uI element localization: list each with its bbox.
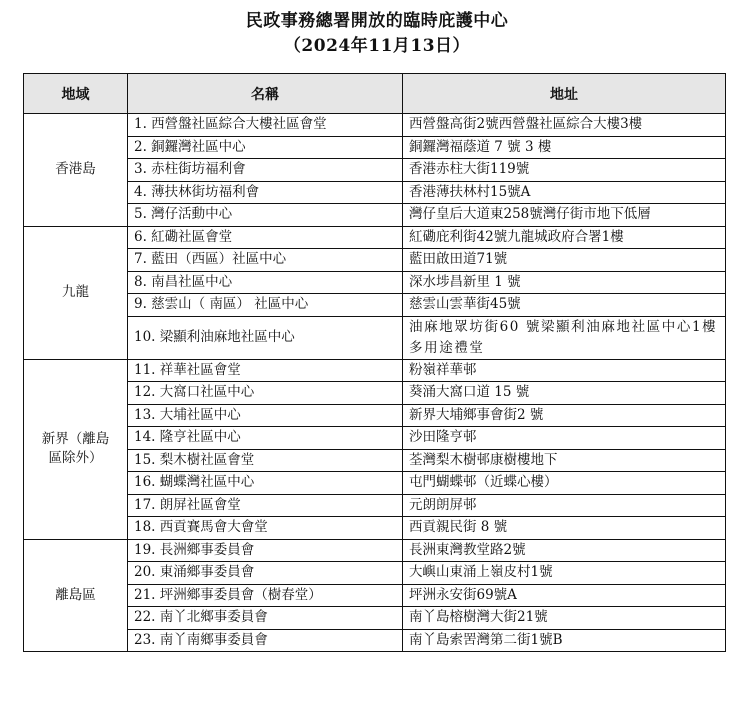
region-cell-islands: 離島區 [24,539,128,652]
table-row: 8. 南昌社區中心 深水埗昌新里 1 號 [24,271,726,294]
shelter-address: 西營盤高街2號西營盤社區綜合大樓3樓 [403,114,726,137]
header-region: 地域 [24,74,128,114]
shelter-name: 4. 薄扶林街坊福利會 [128,181,403,204]
shelter-name: 20. 東涌鄉事委員會 [128,562,403,585]
shelter-name: 23. 南丫南鄉事委員會 [128,629,403,652]
shelter-address: 深水埗昌新里 1 號 [403,271,726,294]
shelter-name: 8. 南昌社區中心 [128,271,403,294]
region-cell-hong-kong-island: 香港島 [24,114,128,227]
shelter-name: 7. 藍田（西區）社區中心 [128,249,403,272]
shelter-address: 油麻地眾坊街60 號梁顯利油麻地社區中心1樓多用途禮堂 [403,316,726,359]
table-row: 3. 赤柱街坊福利會 香港赤柱大街119號 [24,159,726,182]
shelter-name: 19. 長洲鄉事委員會 [128,539,403,562]
shelter-name: 1. 西營盤社區綜合大樓社區會堂 [128,114,403,137]
shelter-address: 慈雲山雲華街45號 [403,294,726,317]
shelter-address: 新界大埔鄉事會街2 號 [403,404,726,427]
shelter-address: 南丫島索罟灣第二街1號B [403,629,726,652]
shelter-address: 西貢親民街 8 號 [403,517,726,540]
shelter-name: 15. 梨木樹社區會堂 [128,449,403,472]
table-row: 13. 大埔社區中心 新界大埔鄉事會街2 號 [24,404,726,427]
shelter-address: 銅鑼灣福蔭道 7 號 3 樓 [403,136,726,159]
table-row: 9. 慈雲山（ 南區） 社區中心 慈雲山雲華街45號 [24,294,726,317]
shelter-name: 5. 灣仔活動中心 [128,204,403,227]
shelter-address: 香港薄扶林村15號A [403,181,726,204]
shelter-address: 元朗朗屏邨 [403,494,726,517]
shelter-address: 大嶼山東涌上嶺皮村1號 [403,562,726,585]
shelter-name: 22. 南丫北鄉事委員會 [128,607,403,630]
table-row: 新界（離島區除外） 11. 祥華社區會堂 粉嶺祥華邨 [24,359,726,382]
table-row: 7. 藍田（西區）社區中心 藍田啟田道71號 [24,249,726,272]
shelter-address: 香港赤柱大街119號 [403,159,726,182]
shelter-address: 粉嶺祥華邨 [403,359,726,382]
table-row: 九龍 6. 紅磡社區會堂 紅磡庇利街42號九龍城政府合署1樓 [24,226,726,249]
shelter-address: 葵涌大窩口道 15 號 [403,382,726,405]
shelter-name: 18. 西貢賽馬會大會堂 [128,517,403,540]
shelter-name: 12. 大窩口社區中心 [128,382,403,405]
shelter-address: 灣仔皇后大道東258號灣仔街市地下低層 [403,204,726,227]
table-row: 4. 薄扶林街坊福利會 香港薄扶林村15號A [24,181,726,204]
shelter-name: 6. 紅磡社區會堂 [128,226,403,249]
shelter-name: 10. 梁顯利油麻地社區中心 [128,316,403,359]
table-row: 15. 梨木樹社區會堂 荃灣梨木樹邨康樹樓地下 [24,449,726,472]
table-row: 12. 大窩口社區中心 葵涌大窩口道 15 號 [24,382,726,405]
table-row: 18. 西貢賽馬會大會堂 西貢親民街 8 號 [24,517,726,540]
page-title: 民政事務總署開放的臨時庇護中心 [0,6,754,31]
shelter-address: 荃灣梨木樹邨康樹樓地下 [403,449,726,472]
table-row: 14. 隆亨社區中心 沙田隆亨邨 [24,427,726,450]
table-row: 香港島 1. 西營盤社區綜合大樓社區會堂 西營盤高街2號西營盤社區綜合大樓3樓 [24,114,726,137]
shelter-name: 17. 朗屏社區會堂 [128,494,403,517]
shelter-name: 16. 蝴蝶灣社區中心 [128,472,403,495]
shelter-name: 9. 慈雲山（ 南區） 社區中心 [128,294,403,317]
shelter-address: 南丫島榕樹灣大街21號 [403,607,726,630]
region-cell-kowloon: 九龍 [24,226,128,359]
shelter-name: 14. 隆亨社區中心 [128,427,403,450]
table-row: 2. 銅鑼灣社區中心 銅鑼灣福蔭道 7 號 3 樓 [24,136,726,159]
shelter-name: 3. 赤柱街坊福利會 [128,159,403,182]
region-cell-new-territories: 新界（離島區除外） [24,359,128,539]
table-row: 10. 梁顯利油麻地社區中心 油麻地眾坊街60 號梁顯利油麻地社區中心1樓多用途… [24,316,726,359]
table-row: 17. 朗屏社區會堂 元朗朗屏邨 [24,494,726,517]
shelter-address: 屯門蝴蝶邨（近蝶心樓） [403,472,726,495]
shelter-name: 11. 祥華社區會堂 [128,359,403,382]
header-name: 名稱 [128,74,403,114]
shelter-name: 13. 大埔社區中心 [128,404,403,427]
table-row: 21. 坪洲鄉事委員會（樹春堂） 坪洲永安街69號A [24,584,726,607]
table-row: 23. 南丫南鄉事委員會 南丫島索罟灣第二街1號B [24,629,726,652]
shelter-address: 長洲東灣教堂路2號 [403,539,726,562]
table-row: 16. 蝴蝶灣社區中心 屯門蝴蝶邨（近蝶心樓） [24,472,726,495]
table-header-row: 地域 名稱 地址 [24,74,726,114]
shelter-name: 2. 銅鑼灣社區中心 [128,136,403,159]
page-subtitle-date: （2024年11月13日） [0,31,754,56]
table-row: 5. 灣仔活動中心 灣仔皇后大道東258號灣仔街市地下低層 [24,204,726,227]
table-row: 22. 南丫北鄉事委員會 南丫島榕樹灣大街21號 [24,607,726,630]
shelter-table: 地域 名稱 地址 香港島 1. 西營盤社區綜合大樓社區會堂 西營盤高街2號西營盤… [23,73,726,652]
shelter-address: 紅磡庇利街42號九龍城政府合署1樓 [403,226,726,249]
shelter-address: 沙田隆亨邨 [403,427,726,450]
shelter-address: 坪洲永安街69號A [403,584,726,607]
header-address: 地址 [403,74,726,114]
table-row: 20. 東涌鄉事委員會 大嶼山東涌上嶺皮村1號 [24,562,726,585]
shelter-address: 藍田啟田道71號 [403,249,726,272]
table-row: 離島區 19. 長洲鄉事委員會 長洲東灣教堂路2號 [24,539,726,562]
shelter-name: 21. 坪洲鄉事委員會（樹春堂） [128,584,403,607]
